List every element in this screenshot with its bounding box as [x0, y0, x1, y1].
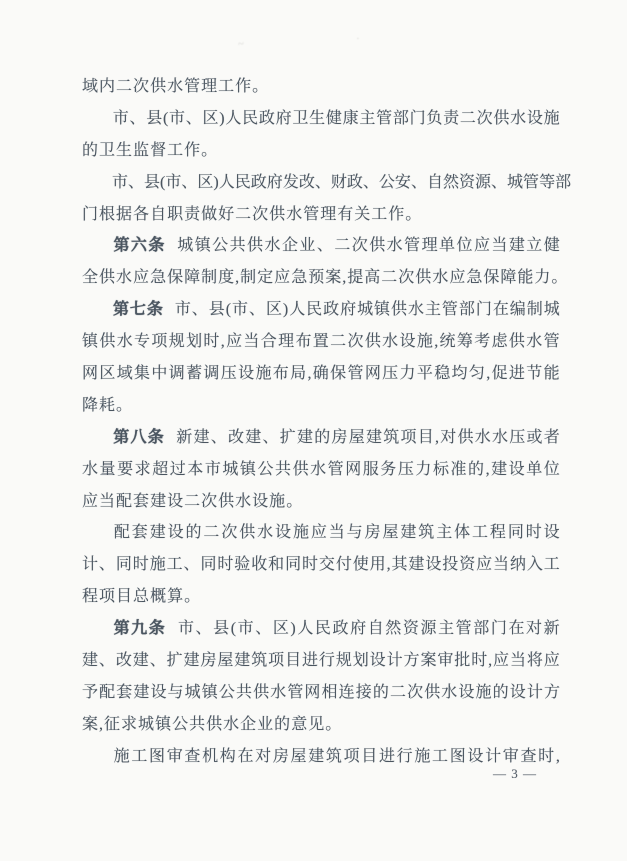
body-char: 预: [308, 270, 324, 286]
body-char: 总: [133, 589, 149, 605]
body-char: 高: [364, 270, 380, 286]
body-char: 与: [168, 685, 184, 701]
body-char: 计: [82, 557, 98, 573]
body-char: 、: [491, 175, 507, 191]
body-char: 理: [320, 207, 336, 223]
body-char: 资: [403, 621, 419, 637]
body-char: 水: [257, 525, 273, 541]
body-char: 市: [169, 111, 185, 127]
body-char: 根: [99, 207, 115, 223]
body-char: 、: [99, 653, 115, 669]
body-char: 屋: [382, 525, 398, 541]
body-char: 水: [116, 270, 132, 286]
body-char: 体: [454, 525, 470, 541]
body-char: 市: [113, 111, 129, 127]
body-char: 当: [243, 334, 259, 350]
body-char: 管: [184, 79, 200, 95]
body-char: 房: [200, 653, 216, 669]
body-char: 集: [134, 366, 150, 382]
body-char: 构: [220, 749, 236, 765]
body-char: 政: [323, 302, 339, 318]
body-char: 建: [297, 430, 313, 446]
body-char: 管: [328, 462, 344, 478]
body-char: 套: [133, 494, 149, 510]
body-char: ): [283, 302, 288, 318]
body-char: 次: [133, 79, 149, 95]
body-char: 水: [82, 462, 98, 478]
body-char: 、: [150, 653, 166, 669]
body-char: 建: [150, 494, 166, 510]
body-char: 共: [189, 717, 205, 733]
body-char: 政: [333, 621, 349, 637]
body-char: (: [226, 302, 231, 318]
body-char: 人: [219, 175, 235, 191]
body-char: 确: [313, 366, 329, 382]
body-char: 负: [426, 111, 442, 127]
body-char: 立: [526, 238, 542, 254]
page-number: — 3 —: [493, 766, 537, 782]
body-char: 源: [420, 621, 436, 637]
body-char: 工: [218, 79, 234, 95]
body-char: 批: [454, 653, 470, 669]
body-char: 付: [336, 557, 352, 573]
body-char: 工: [371, 207, 387, 223]
body-char: 网: [345, 462, 361, 478]
body-char: 镇: [374, 302, 390, 318]
body-char: 卫: [99, 143, 115, 159]
body-char: 管: [523, 175, 539, 191]
body-char: 房: [331, 430, 347, 446]
body-char: 对: [255, 749, 271, 765]
body-char: ,: [387, 557, 391, 573]
body-char: 在: [508, 621, 524, 637]
body-char: 房: [273, 749, 289, 765]
body-char: 压: [509, 430, 525, 446]
body-char: 设: [168, 525, 184, 541]
body-char: 建: [133, 685, 149, 701]
body-char: 。: [116, 398, 132, 414]
body-char: 设: [544, 525, 560, 541]
body-char: 水: [432, 270, 448, 286]
body-char: 人: [289, 302, 305, 318]
body-char: 计: [387, 653, 403, 669]
body-char: 急: [466, 270, 482, 286]
body-char: 应: [476, 557, 492, 573]
text-line: 的卫生监督工作。: [82, 135, 560, 167]
body-char: 、: [255, 621, 271, 637]
body-char: 设: [467, 749, 483, 765]
body-char: 案: [420, 653, 436, 669]
body-char: 施: [150, 557, 166, 573]
body-char: 设: [510, 685, 526, 701]
body-char: 供: [206, 717, 222, 733]
body-char: 施: [114, 749, 130, 765]
body-char: 屋: [291, 749, 307, 765]
body-char: 源: [475, 175, 491, 191]
body-char: 改: [299, 175, 315, 191]
body-char: 专: [134, 334, 150, 350]
body-char: 改: [116, 653, 132, 669]
body-char: 统: [440, 334, 456, 350]
body-char: 、: [317, 238, 333, 254]
body-char: 市: [178, 621, 194, 637]
body-char: 部: [555, 175, 571, 191]
body-char: 管: [376, 111, 392, 127]
body-char: 力: [400, 366, 416, 382]
body-char: 时: [471, 653, 487, 669]
body-char: 、: [129, 111, 145, 127]
body-char: 应: [311, 525, 327, 541]
body-char: 交: [319, 557, 335, 573]
body-char: 蓄: [186, 366, 202, 382]
article-heading-char: 条: [148, 238, 164, 254]
body-char: 的: [468, 462, 484, 478]
body-char: 图: [149, 749, 165, 765]
article-heading-char: 第: [113, 238, 129, 254]
body-char: 、: [211, 430, 227, 446]
text-line: 第七条市、县(市、区)人民政府城镇供水主管部门在编制城: [82, 294, 560, 326]
body-char: 水: [441, 685, 457, 701]
text-line: 程项目总概算。: [82, 581, 560, 613]
body-char: 行: [397, 749, 413, 765]
text-line: 域内二次供水管理工作。: [82, 71, 560, 103]
body-char: 次: [398, 270, 414, 286]
body-char: 政: [259, 111, 275, 127]
body-char: 服: [363, 462, 379, 478]
text-line: 门根据各自职责做好二次供水管理有关工作。: [82, 199, 560, 231]
body-char: 职: [167, 207, 183, 223]
body-char: 配: [114, 525, 130, 541]
body-char: 施: [293, 525, 309, 541]
body-char: 网: [82, 366, 98, 382]
body-char: 部: [393, 111, 409, 127]
body-char: 市: [232, 302, 248, 318]
body-char: 进: [302, 653, 318, 669]
body-char: 当: [510, 653, 526, 669]
body-char: 民: [306, 302, 322, 318]
body-char: 水: [223, 717, 239, 733]
body-char: 供: [391, 302, 407, 318]
body-char: 然: [385, 621, 401, 637]
body-char: 机: [202, 749, 218, 765]
body-char: 筹: [457, 334, 473, 350]
body-char: 时: [538, 749, 554, 765]
body-char: 工: [167, 143, 183, 159]
body-char: 管: [544, 334, 560, 350]
body-char: 节: [526, 366, 542, 382]
body-char: 在: [493, 302, 509, 318]
body-char: 设: [238, 366, 254, 382]
body-char: 设: [252, 494, 268, 510]
body-char: 城: [544, 302, 560, 318]
body-char: 网: [365, 366, 381, 382]
article-heading-char: 条: [148, 430, 164, 446]
body-char: 管: [287, 685, 303, 701]
body-char: 区: [197, 175, 213, 191]
article-heading-char: 第: [114, 621, 130, 637]
body-char: 设: [167, 494, 183, 510]
body-char: 在: [237, 749, 253, 765]
body-char: 考: [474, 334, 490, 350]
body-char: 应: [449, 270, 465, 286]
body-char: 供: [493, 111, 509, 127]
body-char: 民: [242, 111, 258, 127]
article-heading-char: 第: [113, 430, 129, 446]
body-char: 市: [175, 302, 191, 318]
body-char: 力: [415, 462, 431, 478]
body-char: 门: [82, 207, 98, 223]
text-line: 第六条城镇公共供水企业、二次供水管理单位应当建立健: [82, 230, 560, 262]
body-char: 降: [82, 398, 98, 414]
body-char: 供: [369, 238, 385, 254]
body-char: 网: [304, 685, 320, 701]
body-char: 卫: [292, 111, 308, 127]
body-char: 均: [452, 366, 468, 382]
body-char: 二: [381, 270, 397, 286]
body-char: 责: [184, 207, 200, 223]
body-char: 次: [352, 238, 368, 254]
body-char: 力: [534, 270, 550, 286]
body-char: 收: [251, 557, 267, 573]
body-char: 。: [201, 143, 217, 159]
body-char: 扩: [280, 430, 296, 446]
text-line: 市、县(市、区)人民政府发改、财政、公安、自然资源、城管等部: [82, 167, 560, 199]
text-line: 降耗。: [82, 390, 560, 422]
body-char: ,: [435, 430, 439, 446]
body-char: 财: [331, 175, 347, 191]
body-char: 主: [425, 302, 441, 318]
body-char: 障: [500, 270, 516, 286]
body-char: 见: [308, 717, 324, 733]
body-char: ,: [221, 334, 225, 350]
body-char: 配: [99, 685, 115, 701]
body-char: 自: [427, 175, 443, 191]
body-char: 监: [133, 143, 149, 159]
body-char: 人: [225, 111, 241, 127]
body-char: 。: [286, 494, 302, 510]
body-char: 设: [425, 557, 441, 573]
body-char: 进: [379, 749, 395, 765]
body-char: 市: [165, 175, 181, 191]
body-char: 压: [398, 462, 414, 478]
body-char: 划: [353, 653, 369, 669]
body-char: 二: [330, 334, 346, 350]
body-char: 配: [116, 494, 132, 510]
text-line: 网区域集中调蓄调压设施布局,确保管网压力平稳均匀,促进节能: [82, 358, 560, 390]
body-char: 县: [209, 302, 225, 318]
body-char: 责: [443, 111, 459, 127]
body-char: 有: [337, 207, 353, 223]
article-heading-char: 八: [130, 430, 146, 446]
body-char: 编: [510, 302, 526, 318]
body-char: 的: [373, 685, 389, 701]
body-char: 。: [405, 207, 421, 223]
text-line: 建、改建、扩建房屋建筑项目进行规划设计方案审批时,应当将应: [82, 645, 560, 677]
body-char: 管: [404, 238, 420, 254]
article-heading-char: 条: [149, 621, 165, 637]
body-char: 理: [201, 79, 217, 95]
body-char: 府: [340, 302, 356, 318]
text-line: 第八条新建、改建、扩建的房屋建筑项目,对供水水压或者: [82, 422, 560, 454]
body-char: 、: [181, 175, 197, 191]
body-char: 压: [382, 366, 398, 382]
body-char: 水: [475, 430, 491, 446]
body-char: 工: [472, 525, 488, 541]
article-heading-char: 条: [147, 302, 163, 318]
scan-artifact: ~: [237, 38, 245, 51]
body-char: 与: [347, 525, 363, 541]
body-char: 对: [440, 430, 456, 446]
body-char: 水: [382, 334, 398, 350]
body-char: 目: [116, 589, 132, 605]
body-char: 施: [269, 494, 285, 510]
body-char: 计: [527, 685, 543, 701]
body-char: 建: [234, 653, 250, 669]
body-char: 应: [133, 270, 149, 286]
body-char: 自: [368, 621, 384, 637]
body-char: 同: [508, 525, 524, 541]
body-char: 县: [146, 111, 162, 127]
body-char: 将: [527, 653, 543, 669]
body-char: 项: [400, 430, 416, 446]
body-char: 康: [343, 111, 359, 127]
body-char: 供: [365, 334, 381, 350]
body-char: 企: [240, 717, 256, 733]
body-char: 查: [520, 749, 536, 765]
body-char: 部: [473, 621, 489, 637]
body-char: 审: [437, 653, 453, 669]
body-char: 置: [313, 334, 329, 350]
body-char: 使: [353, 557, 369, 573]
body-char: 供: [415, 270, 431, 286]
body-char: 府: [350, 621, 366, 637]
body-char: 时: [133, 557, 149, 573]
body-char: 供: [424, 685, 440, 701]
body-char: 域: [82, 79, 98, 95]
body-char: 管: [347, 366, 363, 382]
body-char: 建: [408, 557, 424, 573]
body-char: 目: [361, 749, 377, 765]
body-char: 保: [483, 270, 499, 286]
body-char: 位: [544, 462, 560, 478]
body-char: 相: [322, 685, 338, 701]
body-char: 施: [476, 685, 492, 701]
body-char: 能: [517, 270, 533, 286]
body-char: 者: [544, 430, 560, 446]
body-char: 水: [265, 238, 281, 254]
body-char: 资: [459, 175, 475, 191]
body-char: 接: [356, 685, 372, 701]
body-char: 管: [442, 302, 458, 318]
document-page: ~ · 域内二次供水管理工作。市、县(市、区)人民政府卫生健康主管部门负责二次供…: [0, 0, 627, 861]
body-char: 急: [150, 270, 166, 286]
body-char: 供: [99, 334, 115, 350]
body-char: ): [219, 111, 224, 127]
body-char: 城: [138, 717, 154, 733]
body-char: 二: [116, 79, 132, 95]
body-char: 水: [270, 685, 286, 701]
body-char: ,: [307, 366, 311, 382]
text-line: 第九条市、县(市、区)人民政府自然资源主管部门在对新: [82, 613, 560, 645]
body-char: 次: [347, 334, 363, 350]
body-char: 中: [151, 366, 167, 382]
body-char: 城: [185, 685, 201, 701]
body-char: 当: [491, 238, 507, 254]
body-char: 好: [218, 207, 234, 223]
body-char: 同: [285, 557, 301, 573]
body-char: 施: [414, 749, 430, 765]
body-char: 审: [167, 749, 183, 765]
body-char: ,: [99, 717, 103, 733]
body-char: 企: [282, 238, 298, 254]
body-char: 供: [218, 494, 234, 510]
body-char: 时: [203, 334, 219, 350]
body-char: 套: [132, 525, 148, 541]
body-char: 、: [411, 175, 427, 191]
body-char: 水: [310, 462, 326, 478]
body-char: 虑: [492, 334, 508, 350]
body-char: 或: [526, 430, 542, 446]
body-char: 建: [491, 462, 507, 478]
body-char: 镇: [240, 462, 256, 478]
body-char: 施: [544, 111, 560, 127]
body-char: 镇: [202, 685, 218, 701]
article-heading-char: 七: [130, 302, 146, 318]
body-char: 工: [131, 749, 147, 765]
body-char: 改: [228, 430, 244, 446]
body-char: 务: [380, 462, 396, 478]
body-char: 督: [150, 143, 166, 159]
text-line: 配套建设的二次供水设施应当与房屋建筑主体工程同时设: [82, 517, 560, 549]
body-char: 筑: [326, 749, 342, 765]
body-char: 城: [177, 238, 193, 254]
body-char: 设: [370, 653, 386, 669]
body-char: 本: [187, 462, 203, 478]
body-char: 。: [252, 79, 268, 95]
body-char: 供: [239, 525, 255, 541]
body-char: 发: [283, 175, 299, 191]
body-char: 、: [363, 175, 379, 191]
body-char: 、: [99, 557, 115, 573]
body-char: 对: [526, 621, 542, 637]
body-char: 镇: [195, 238, 211, 254]
body-char: 理: [278, 334, 294, 350]
body-char: 能: [544, 366, 560, 382]
text-line: 市、县(市、区)人民政府卫生健康主管部门负责二次供水设施: [82, 103, 560, 135]
body-char: 调: [203, 366, 219, 382]
body-char: 作: [184, 143, 200, 159]
body-char: 区: [99, 366, 115, 382]
body-char: 同: [200, 557, 216, 573]
text-line: 应当配套建设二次供水设施。: [82, 486, 560, 518]
body-char: 城: [357, 302, 373, 318]
body-char: 供: [457, 430, 473, 446]
body-char: 、: [192, 302, 208, 318]
body-char: ,: [235, 270, 239, 286]
body-char: 压: [221, 366, 237, 382]
body-char: 水: [510, 111, 526, 127]
text-line: 计、同时施工、同时验收和同时交付使用,其建设投资应当纳入工: [82, 549, 560, 581]
body-char: ,: [434, 334, 438, 350]
body-char: 屋: [217, 653, 233, 669]
body-char: 。: [184, 589, 200, 605]
body-char: 资: [459, 557, 475, 573]
body-char: 次: [407, 685, 423, 701]
body-char: 定: [257, 270, 273, 286]
body-char: 各: [133, 207, 149, 223]
body-char: 项: [99, 589, 115, 605]
body-char: 供: [150, 79, 166, 95]
